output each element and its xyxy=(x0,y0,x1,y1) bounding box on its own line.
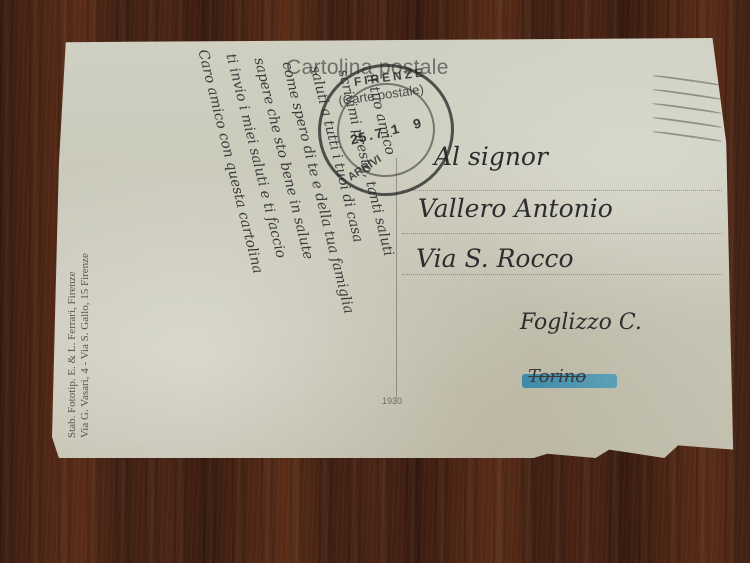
publisher-line: Via G. Vasari, 4 - Via S. Gallo, 15 Fire… xyxy=(79,253,92,438)
address-rule xyxy=(402,190,722,191)
address-line-5-struck: Torino xyxy=(528,366,586,387)
wavy-cancel-lines xyxy=(652,68,722,148)
publisher-line: Stab. Fototip. E. & L. Ferrari, Firenze xyxy=(66,253,79,438)
address-line-2: Vallero Antonio xyxy=(418,194,613,223)
postcard: Cartolina postale Stab. Fototip. E. & L.… xyxy=(52,38,740,458)
address-line-4: Foglizzo C. xyxy=(520,310,642,335)
serial-number: 1930 xyxy=(382,396,402,406)
address-line-3: Via S. Rocco xyxy=(416,244,574,273)
address-line-1: Al signor xyxy=(434,142,548,171)
address-rule xyxy=(402,274,722,275)
address-rule xyxy=(402,233,722,234)
publisher-imprint: Stab. Fototip. E. & L. Ferrari, Firenze … xyxy=(66,253,92,438)
